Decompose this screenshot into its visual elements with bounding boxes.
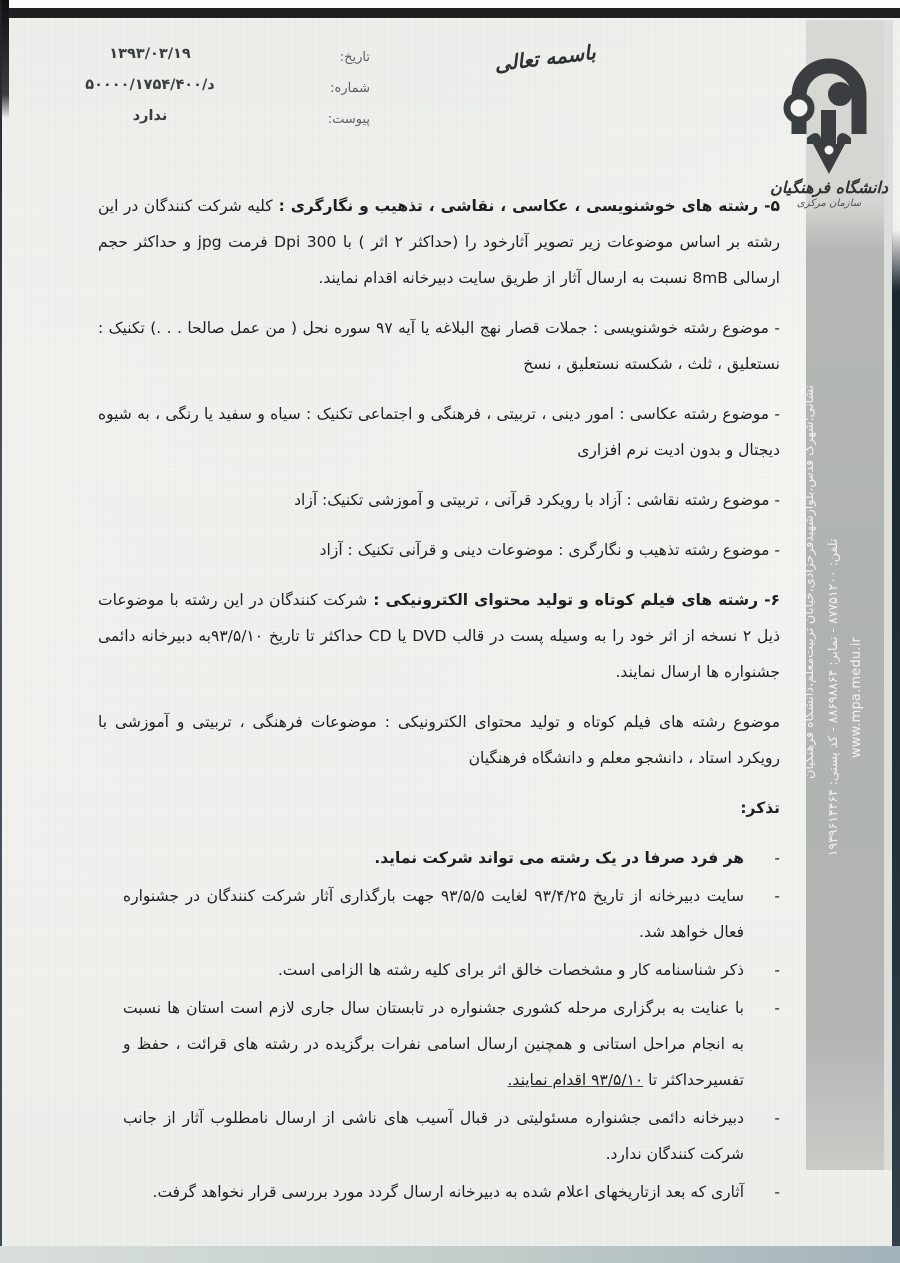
attachment-label: پیوست: xyxy=(310,112,370,127)
note-text: دبیرخانه دائمی جشنواره مسئولیتی در قبال … xyxy=(123,1100,744,1172)
dash-bullet: - xyxy=(744,840,780,876)
note-row: - دبیرخانه دائمی جشنواره مسئولیتی در قبا… xyxy=(123,1100,780,1172)
university-emblem-icon xyxy=(777,48,881,176)
date-label: تاریخ: xyxy=(310,50,370,65)
phone-fax-postal-line: تلفن: ۸۷۷۵۱۲۰۰ - نمابر: ۸۸۶۹۸۸۶۴ - کد پس… xyxy=(821,385,845,1010)
university-name: دانشگاه فرهنگیان xyxy=(768,178,890,197)
right-scan-edge xyxy=(892,230,900,1246)
scanned-letter-page: تاریخ: ۱۳۹۳/۰۳/۱۹ شماره: د/۵۰۰۰۰/۱۷۵۴/۴۰… xyxy=(0,0,900,1263)
notes-title: تذکر: xyxy=(98,790,780,826)
dash-bullet: - xyxy=(744,990,780,1098)
note-text-underlined-date: ۹۳/۵/۱۰ اقدام نمایند. xyxy=(508,1071,644,1089)
note-text-main: با عنایت به برگزاری مرحله کشوری جشنواره … xyxy=(123,999,744,1089)
topic-painting: - موضوع رشته نقاشی : آزاد با رویکرد قرآن… xyxy=(98,482,780,518)
note-row: - سایت دبیرخانه از تاریخ ۹۳/۴/۲۵ لغایت ۹… xyxy=(123,878,780,950)
website-line: www.mpa.medu.ir xyxy=(845,385,869,1010)
attachment-value: ندارد xyxy=(35,108,265,124)
dash-bullet: - xyxy=(744,1100,780,1172)
paragraph-item5: ۵- رشته های خوشنویسی ، عکاسی ، نقاشی ، ت… xyxy=(98,188,780,296)
note-text: آثاری که بعد ازتاریخهای اعلام شده به دبی… xyxy=(123,1174,744,1210)
note-text: با عنایت به برگزاری مرحله کشوری جشنواره … xyxy=(123,990,744,1098)
basmala-calligraphy: باسمه تعالی xyxy=(469,37,621,79)
letter-reference-fields: تاریخ: ۱۳۹۳/۰۳/۱۹ شماره: د/۵۰۰۰۰/۱۷۵۴/۴۰… xyxy=(25,46,370,139)
note-row: - با عنایت به برگزاری مرحله کشوری جشنوار… xyxy=(123,990,780,1098)
note-row: - آثاری که بعد ازتاریخهای اعلام شده به د… xyxy=(123,1174,780,1210)
organization-subtitle: سازمان مرکزی xyxy=(768,198,890,209)
dash-bullet: - xyxy=(744,1174,780,1210)
attachment-row: پیوست: ندارد xyxy=(25,108,370,139)
paragraph-item6: ۶- رشته های فیلم کوتاه و تولید محتوای ال… xyxy=(98,582,780,690)
left-scan-edge xyxy=(0,0,2,1263)
dash-bullet: - xyxy=(744,878,780,950)
address-line: نشانی:شهرک قدس،بلوارشهیدفرحزادی،خیابان ت… xyxy=(797,385,821,1010)
letter-body: ۵- رشته های خوشنویسی ، عکاسی ، نقاشی ، ت… xyxy=(98,188,780,1212)
contact-info-strip: نشانی:شهرک قدس،بلوارشهیدفرحزادی،خیابان ت… xyxy=(797,385,869,1010)
number-value: د/۵۰۰۰۰/۱۷۵۴/۴۰۰ xyxy=(35,77,265,93)
note-text: هر فرد صرفا در یک رشته می تواند شرکت نما… xyxy=(123,840,744,876)
date-row: تاریخ: ۱۳۹۳/۰۳/۱۹ xyxy=(25,46,370,77)
note-row: - ذکر شناسنامه کار و مشخصات خالق اثر برا… xyxy=(123,952,780,988)
item5-heading: ۵- رشته های خوشنویسی ، عکاسی ، نقاشی ، ت… xyxy=(273,197,780,215)
note-text: ذکر شناسنامه کار و مشخصات خالق اثر برای … xyxy=(123,952,744,988)
item6-heading: ۶- رشته های فیلم کوتاه و تولید محتوای ال… xyxy=(367,591,780,609)
number-label: شماره: xyxy=(310,81,370,96)
top-white-margin xyxy=(0,0,900,8)
top-scan-edge xyxy=(0,8,900,18)
item6-topic: موضوع رشته های فیلم کوتاه و تولید محتوای… xyxy=(98,704,780,776)
topic-photography: - موضوع رشته عکاسی : امور دینی ، تربیتی … xyxy=(98,396,780,468)
note-row: - هر فرد صرفا در یک رشته می تواند شرکت ن… xyxy=(123,840,780,876)
dash-bullet: - xyxy=(744,952,780,988)
bottom-scan-edge xyxy=(0,1246,900,1263)
note-text: سایت دبیرخانه از تاریخ ۹۳/۴/۲۵ لغایت ۹۳/… xyxy=(123,878,744,950)
date-value: ۱۳۹۳/۰۳/۱۹ xyxy=(35,46,265,62)
number-row: شماره: د/۵۰۰۰۰/۱۷۵۴/۴۰۰ xyxy=(25,77,370,108)
topic-calligraphy: - موضوع رشته خوشنویسی : جملات قصار نهج ا… xyxy=(98,310,780,382)
letterhead-logo: دانشگاه فرهنگیان سازمان مرکزی xyxy=(768,48,890,209)
topic-illumination: - موضوع رشته تذهیب و نگارگری : موضوعات د… xyxy=(98,532,780,568)
